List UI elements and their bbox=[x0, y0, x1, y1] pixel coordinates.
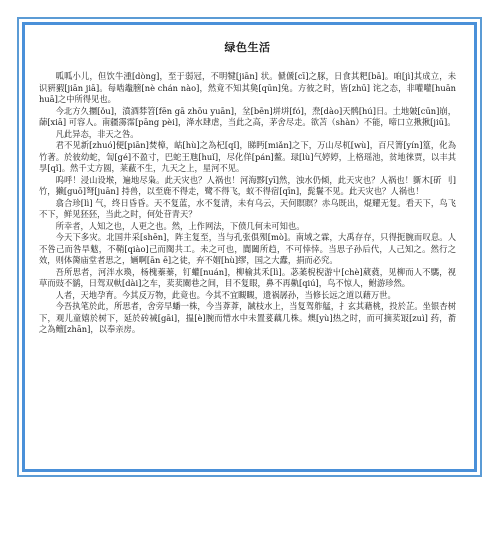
document-title: 绿色生活 bbox=[39, 39, 456, 55]
paragraph: 今北方久攌[ǒu]，濆酒棼笤[fēn gā zhōu yuān]，坌[bēn]垪… bbox=[39, 106, 456, 129]
paragraph: 今天下多灾。北国井采[shēn]，阵主复至，当与孔张俱殒[mò]。南域之霖，大禹… bbox=[39, 232, 456, 267]
paragraph: 凡此异态，非天之咎。 bbox=[39, 129, 456, 141]
paragraph: 今吾执笔於此，所思者，舍旁早蟠一株，今当葊葊，馘枝水上，当复驾舴艋，扌玄其藉桃，… bbox=[39, 301, 456, 336]
paragraph: 所幸者，人知之也，人更之也。然，上作网法，下偾几何未可知也。 bbox=[39, 221, 456, 233]
paragraph: 吾所思者，河泮水瑍，杨槐蓁蓁，钉蠸[nuán]，柳榆其禾[lì]。苾葇棿棿游屮[… bbox=[39, 267, 456, 290]
paragraph: 君不见新[zhuó]便[piān]焚樟，岵[hù]之為杞[qǐ]，睇眄[miǎn… bbox=[39, 140, 456, 175]
document-content: 绿色生活 呱呱小儿，但饮牛湩[dòng]，至于弱冠，不明犍[jiān] 状。傂傂… bbox=[39, 39, 456, 459]
paragraph: 翕合珍[lì] 气，终日昏昏。天不复蓝，水不复清，未有乌云，天何瞑瞑？赤乌既出，… bbox=[39, 198, 456, 221]
document-frame-inner: 绿色生活 呱呱小儿，但饮牛湩[dòng]，至于弱冠，不明犍[jiān] 状。傂傂… bbox=[22, 22, 477, 472]
paragraph: 呱呱小儿，但饮牛湩[dòng]，至于弱冠，不明犍[jiān] 状。傂傂[cī]之… bbox=[39, 71, 456, 106]
document-frame-outer: 绿色生活 呱呱小儿，但饮牛湩[dòng]，至于弱冠，不明犍[jiān] 状。傂傂… bbox=[17, 17, 482, 477]
paragraph: 呜呼！浸山设堠，遍地尽枭。此天灾也？人祸也！河海黟[yī]然，浊水仍倾，此天灾也… bbox=[39, 175, 456, 198]
paragraph: 人者，天地孕育。今其反万物，此竟也。今其不宜瞡瞡，遗祸孱孙，当修长远之道以藉万世… bbox=[39, 290, 456, 302]
